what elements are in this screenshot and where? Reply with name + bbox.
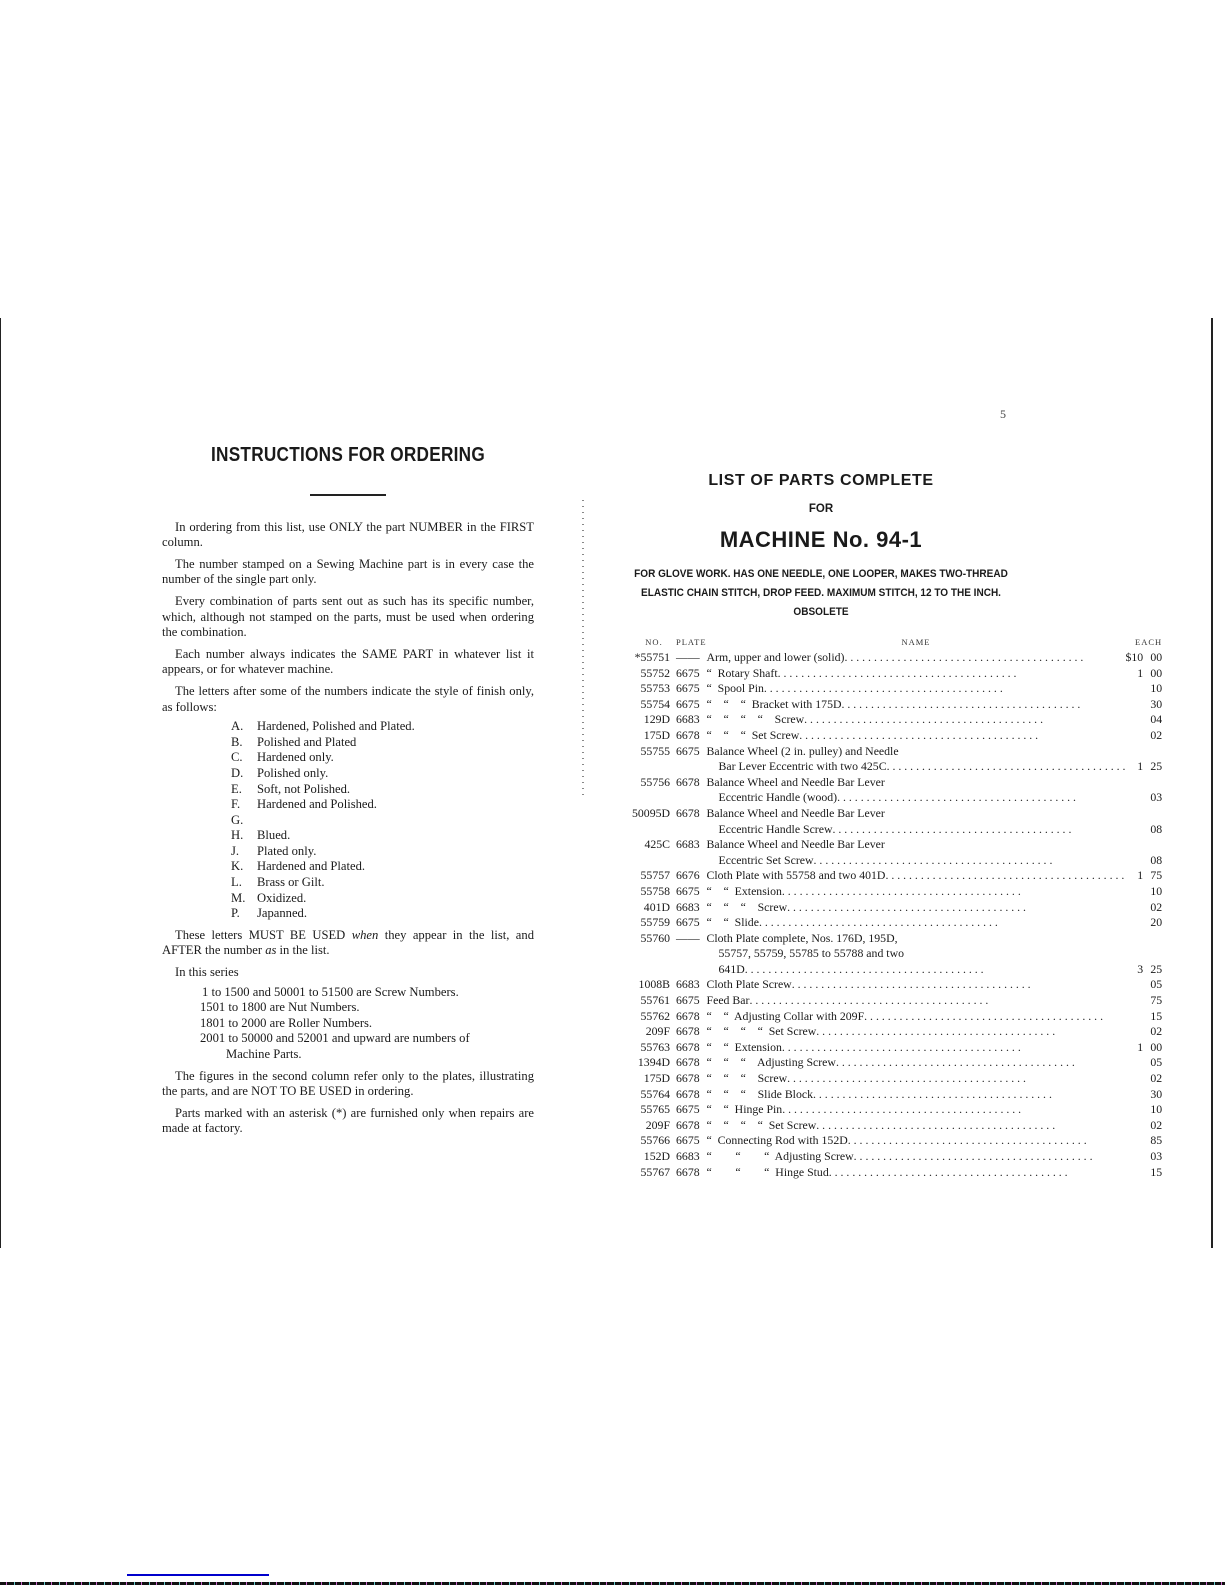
table-row: 557646678“ “ “ Slide Block30	[632, 1087, 1162, 1103]
part-name-line: “ “ “ “ Set Screw	[707, 1024, 1126, 1040]
dot-leader	[844, 650, 1125, 666]
finish-code-item: A.Hardened, Polished and Plated.	[231, 719, 534, 735]
finish-code-item: E.Soft, not Polished.	[231, 782, 534, 798]
part-price: 100	[1125, 666, 1162, 682]
part-name-line: Eccentric Handle Screw	[707, 822, 1126, 838]
machine-description: FOR GLOVE WORK. HAS ONE NEEDLE, ONE LOOP…	[632, 565, 1010, 622]
dot-leader	[885, 868, 1125, 884]
part-name-line: “ Spool Pin	[707, 681, 1126, 697]
plate-number: 6675	[676, 1102, 707, 1118]
part-name-text: “ “ “ “ Screw	[707, 712, 805, 728]
plate-number: 6678	[676, 806, 707, 837]
dot-leader	[833, 822, 1126, 838]
price-cents: 02	[1148, 900, 1162, 916]
part-name-line: “ “ “ “ Screw	[707, 712, 1126, 728]
part-price: 125	[1125, 744, 1162, 775]
dot-leader	[764, 681, 1126, 697]
part-name: “ Connecting Rod with 152D	[707, 1133, 1126, 1149]
part-name-line: “ “ “ Screw	[707, 1071, 1126, 1087]
part-name: Cloth Plate complete, Nos. 176D, 195D,55…	[707, 931, 1126, 978]
plate-number: 6683	[676, 712, 707, 728]
dot-leader	[864, 1009, 1125, 1025]
plates-note: The figures in the second column refer o…	[162, 1069, 534, 1100]
part-number: 55762	[632, 1009, 676, 1025]
part-name-text: Eccentric Handle (wood)	[719, 790, 838, 806]
part-number: 55766	[632, 1133, 676, 1149]
finish-code-item: D.Polished only.	[231, 766, 534, 782]
price-dollars: 1	[1129, 666, 1143, 682]
dot-leader	[759, 915, 1126, 931]
part-price: 05	[1125, 977, 1162, 993]
number-series-list: 1 to 1500 and 50001 to 51500 are Screw N…	[162, 985, 534, 1063]
part-name-line: “ “ “ Adjusting Screw	[707, 1149, 1126, 1165]
series-item: 1 to 1500 and 50001 to 51500 are Screw N…	[162, 985, 534, 1001]
part-price: 100	[1125, 1040, 1162, 1056]
part-name-text: 641D	[719, 962, 745, 978]
table-row: 129D6683“ “ “ “ Screw04	[632, 712, 1162, 728]
part-name: “ “ “ Screw	[707, 1071, 1126, 1087]
part-name-line: Balance Wheel (2 in. pulley) and Needle	[707, 744, 1126, 760]
price-cents: 20	[1148, 915, 1162, 931]
dot-leader	[778, 666, 1126, 682]
price-cents: 02	[1148, 728, 1162, 744]
part-price: 02	[1125, 1118, 1162, 1134]
left-page: INSTRUCTIONS FOR ORDERING In ordering fr…	[162, 448, 534, 1143]
plate-number: 6678	[676, 1165, 707, 1181]
price-cents: 10	[1148, 1102, 1162, 1118]
part-name-line: “ “ “ Hinge Stud	[707, 1165, 1126, 1181]
machine-title: MACHINE No. 94-1	[632, 527, 1010, 553]
part-name: “ “ “ Screw	[707, 900, 1126, 916]
paragraph: Each number always indicates the SAME PA…	[162, 647, 534, 678]
table-row: 55760——Cloth Plate complete, Nos. 176D, …	[632, 931, 1162, 978]
price-cents: 00	[1148, 650, 1162, 666]
part-name-text: Eccentric Set Screw	[719, 853, 814, 869]
table-row: 557676678“ “ “ Hinge Stud15	[632, 1165, 1162, 1181]
part-number: 209F	[632, 1118, 676, 1134]
part-name-text: “ “ Adjusting Collar with 209F	[707, 1009, 865, 1025]
part-number: 55756	[632, 775, 676, 806]
dot-leader	[782, 1102, 1125, 1118]
part-name: Feed Bar	[707, 993, 1126, 1009]
series-item: 1801 to 2000 are Roller Numbers.	[162, 1016, 534, 1032]
table-row: 557616675Feed Bar75	[632, 993, 1162, 1009]
part-number: 55754	[632, 697, 676, 713]
part-name-text: “ “ “ “ Set Screw	[707, 1024, 817, 1040]
price-cents: 10	[1148, 884, 1162, 900]
part-price: 10	[1125, 681, 1162, 697]
price-cents: 00	[1148, 1040, 1162, 1056]
table-row: 557586675“ “ Extension10	[632, 884, 1162, 900]
title-rule	[310, 494, 386, 496]
part-name-line: “ “ Slide	[707, 915, 1126, 931]
finish-code-item: P.Japanned.	[231, 906, 534, 922]
plate-number: 6675	[676, 697, 707, 713]
price-cents: 00	[1148, 666, 1162, 682]
price-cents: 02	[1148, 1118, 1162, 1134]
price-cents: 15	[1148, 1165, 1162, 1181]
plate-number: 6678	[676, 1087, 707, 1103]
dot-leader	[836, 1055, 1126, 1071]
part-name-line: Cloth Plate Screw	[707, 977, 1126, 993]
table-row: 557546675“ “ “ Bracket with 175D30	[632, 697, 1162, 713]
finish-code-letter: M.	[231, 891, 257, 907]
parts-table: NO. PLATE NAME EACH *55751——Arm, upper a…	[632, 637, 1162, 1180]
part-price: 30	[1125, 697, 1162, 713]
part-name-text: “ “ Extension	[707, 884, 782, 900]
part-price: 175	[1125, 868, 1162, 884]
finish-code-letter: B.	[231, 735, 257, 751]
table-row: *55751——Arm, upper and lower (solid)$100…	[632, 650, 1162, 666]
table-row: 50095D6678Balance Wheel and Needle Bar L…	[632, 806, 1162, 837]
dot-leader	[814, 853, 1126, 869]
part-price: 04	[1125, 712, 1162, 728]
price-dollars: 3	[1129, 962, 1143, 978]
part-number: 55757	[632, 868, 676, 884]
dot-leader	[792, 977, 1126, 993]
part-price: 08	[1125, 837, 1162, 868]
plate-number: 6678	[676, 1055, 707, 1071]
part-price: 02	[1125, 900, 1162, 916]
part-name-line: Feed Bar	[707, 993, 1126, 1009]
table-row: 557526675“ Rotary Shaft100	[632, 666, 1162, 682]
finish-code-item: L.Brass or Gilt.	[231, 875, 534, 891]
part-price: 08	[1125, 806, 1162, 837]
plate-number: ——	[676, 650, 707, 666]
finish-code-item: G.	[231, 813, 534, 829]
plate-number: ——	[676, 931, 707, 978]
part-price: 15	[1125, 1009, 1162, 1025]
part-name-line: Balance Wheel and Needle Bar Lever	[707, 806, 1126, 822]
part-number: 55765	[632, 1102, 676, 1118]
series-item: Machine Parts.	[162, 1047, 534, 1063]
part-name-line: Balance Wheel and Needle Bar Lever	[707, 837, 1126, 853]
dot-leader	[837, 790, 1125, 806]
plate-number: 6678	[676, 1040, 707, 1056]
right-page: LIST OF PARTS COMPLETE FOR MACHINE No. 9…	[632, 472, 1010, 1180]
part-name-text: Balance Wheel (2 in. pulley) and Needle	[707, 744, 899, 760]
table-row: 557596675“ “ Slide20	[632, 915, 1162, 931]
table-row: 557626678“ “ Adjusting Collar with 209F1…	[632, 1009, 1162, 1025]
table-row: 557556675Balance Wheel (2 in. pulley) an…	[632, 744, 1162, 775]
finish-code-item: B.Polished and Plated	[231, 735, 534, 751]
part-price: $1000	[1125, 650, 1162, 666]
part-name: “ “ “ “ Set Screw	[707, 1024, 1126, 1040]
paragraph: The number stamped on a Sewing Machine p…	[162, 557, 534, 588]
part-name-line: Eccentric Set Screw	[707, 853, 1126, 869]
part-number: 209F	[632, 1024, 676, 1040]
series-label: In this series	[175, 965, 534, 981]
part-price: 15	[1125, 1165, 1162, 1181]
price-cents: 03	[1148, 790, 1162, 806]
part-name-text: “ “ Slide	[707, 915, 759, 931]
part-name-line: “ “ “ Slide Block	[707, 1087, 1126, 1103]
table-row: 557656675“ “ Hinge Pin10	[632, 1102, 1162, 1118]
part-number: 55753	[632, 681, 676, 697]
dot-leader	[745, 962, 1126, 978]
part-number: 55767	[632, 1165, 676, 1181]
part-number: 55758	[632, 884, 676, 900]
part-name-text: “ “ Hinge Pin	[707, 1102, 783, 1118]
page-gutter	[582, 500, 584, 800]
finish-code-meaning: Hardened, Polished and Plated.	[257, 719, 415, 735]
plate-number: 6678	[676, 728, 707, 744]
part-name: Balance Wheel and Needle Bar LeverEccent…	[707, 775, 1126, 806]
finish-code-meaning: Soft, not Polished.	[257, 782, 350, 798]
series-item: 2001 to 50000 and 52001 and upward are n…	[162, 1031, 534, 1047]
part-name-text: “ “ “ Screw	[707, 900, 788, 916]
plate-number: 6683	[676, 900, 707, 916]
part-name: “ “ Hinge Pin	[707, 1102, 1126, 1118]
finish-code-letter: L.	[231, 875, 257, 891]
part-number: 55763	[632, 1040, 676, 1056]
letters-note: These letters MUST BE USED when they app…	[162, 928, 534, 959]
table-row: 557576676Cloth Plate with 55758 and two …	[632, 868, 1162, 884]
price-cents: 02	[1148, 1024, 1162, 1040]
finish-code-letter: E.	[231, 782, 257, 798]
paragraph: In ordering from this list, use ONLY the…	[162, 520, 534, 551]
part-name-text: “ Rotary Shaft	[707, 666, 778, 682]
finish-code-item: C.Hardened only.	[231, 750, 534, 766]
price-dollars: 1	[1129, 759, 1143, 775]
part-name-text: “ “ “ Slide Block	[707, 1087, 813, 1103]
price-dollars: 1	[1129, 868, 1143, 884]
price-dollars: $10	[1125, 650, 1143, 666]
plate-number: 6675	[676, 1133, 707, 1149]
plate-number: 6675	[676, 993, 707, 1009]
price-cents: 15	[1148, 1009, 1162, 1025]
part-name-line: “ “ “ Adjusting Screw	[707, 1055, 1126, 1071]
column-header-each: EACH	[1125, 637, 1162, 650]
part-name-line: “ “ “ Set Screw	[707, 728, 1126, 744]
table-row: 209F6678“ “ “ “ Set Screw02	[632, 1024, 1162, 1040]
finish-code-letter: H.	[231, 828, 257, 844]
part-price: 02	[1125, 728, 1162, 744]
part-number: 401D	[632, 900, 676, 916]
dot-leader	[749, 993, 1125, 1009]
part-name-line: Eccentric Handle (wood)	[707, 790, 1126, 806]
part-name-line: Balance Wheel and Needle Bar Lever	[707, 775, 1126, 791]
price-cents: 05	[1148, 977, 1162, 993]
plate-number: 6678	[676, 775, 707, 806]
finish-code-letter: A.	[231, 719, 257, 735]
dot-leader	[799, 728, 1125, 744]
part-name-line: 55757, 55759, 55785 to 55788 and two	[707, 946, 1126, 962]
finish-code-meaning: Hardened and Plated.	[257, 859, 365, 875]
part-name-line: Cloth Plate complete, Nos. 176D, 195D,	[707, 931, 1126, 947]
part-name-line: “ Rotary Shaft	[707, 666, 1126, 682]
table-row: 175D6678“ “ “ Screw02	[632, 1071, 1162, 1087]
part-name-text: Feed Bar	[707, 993, 750, 1009]
finish-code-letter: P.	[231, 906, 257, 922]
part-price: 10	[1125, 1102, 1162, 1118]
finish-code-letter: F.	[231, 797, 257, 813]
part-price: 03	[1125, 775, 1162, 806]
price-cents: 08	[1148, 822, 1162, 838]
part-name-text: Balance Wheel and Needle Bar Lever	[707, 837, 885, 853]
part-name: “ “ “ Set Screw	[707, 728, 1126, 744]
price-cents: 25	[1148, 759, 1162, 775]
column-header-name: NAME	[707, 637, 1126, 650]
table-row: 557666675“ Connecting Rod with 152D85	[632, 1133, 1162, 1149]
scan-edge-left	[0, 318, 1, 1248]
parts-table-header: NO. PLATE NAME EACH	[632, 637, 1162, 650]
dot-leader	[787, 1071, 1125, 1087]
finish-code-meaning: Polished only.	[257, 766, 328, 782]
price-cents: 05	[1148, 1055, 1162, 1071]
part-name-text: Bar Lever Eccentric with two 425C	[719, 759, 887, 775]
part-price: 75	[1125, 993, 1162, 1009]
table-row: 425C6683Balance Wheel and Needle Bar Lev…	[632, 837, 1162, 868]
price-cents: 08	[1148, 853, 1162, 869]
price-cents: 85	[1148, 1133, 1162, 1149]
price-cents: 03	[1148, 1149, 1162, 1165]
part-name-text: Cloth Plate Screw	[707, 977, 792, 993]
part-name: Cloth Plate with 55758 and two 401D	[707, 868, 1126, 884]
part-name-line: “ “ “ “ Set Screw	[707, 1118, 1126, 1134]
part-number: 1394D	[632, 1055, 676, 1071]
table-row: 1008B6683Cloth Plate Screw05	[632, 977, 1162, 993]
series-item: 1501 to 1800 are Nut Numbers.	[162, 1000, 534, 1016]
part-number: 129D	[632, 712, 676, 728]
dot-leader	[787, 900, 1125, 916]
part-number: 55752	[632, 666, 676, 682]
part-name-line: “ “ Extension	[707, 884, 1126, 900]
scan-edge-right	[1211, 318, 1213, 1248]
part-name: “ “ “ Adjusting Screw	[707, 1055, 1126, 1071]
part-name-text: “ “ “ Bracket with 175D	[707, 697, 842, 713]
part-name-text: Balance Wheel and Needle Bar Lever	[707, 806, 885, 822]
part-name: “ “ Adjusting Collar with 209F	[707, 1009, 1126, 1025]
part-name: Balance Wheel and Needle Bar LeverEccent…	[707, 837, 1126, 868]
asterisk-note: Parts marked with an asterisk (*) are fu…	[162, 1106, 534, 1137]
part-name-line: Bar Lever Eccentric with two 425C	[707, 759, 1126, 775]
part-name-text: “ “ Extension	[707, 1040, 782, 1056]
dot-leader	[816, 1024, 1125, 1040]
part-name: “ Spool Pin	[707, 681, 1126, 697]
part-name: “ “ “ “ Set Screw	[707, 1118, 1126, 1134]
part-price: 20	[1125, 915, 1162, 931]
paragraph: Every combination of parts sent out as s…	[162, 594, 534, 641]
part-number: 175D	[632, 1071, 676, 1087]
part-name-text: “ Spool Pin	[707, 681, 764, 697]
part-name-line: “ “ “ Bracket with 175D	[707, 697, 1126, 713]
part-name-line: Cloth Plate with 55758 and two 401D	[707, 868, 1126, 884]
part-name: “ “ “ Adjusting Screw	[707, 1149, 1126, 1165]
finish-code-meaning: Plated only.	[257, 844, 316, 860]
plate-number: 6676	[676, 868, 707, 884]
dot-leader	[782, 884, 1126, 900]
plate-number: 6678	[676, 1009, 707, 1025]
table-row: 401D6683“ “ “ Screw02	[632, 900, 1162, 916]
part-number: 55760	[632, 931, 676, 978]
finish-code-letter: G.	[231, 813, 257, 829]
finish-code-meaning: Polished and Plated	[257, 735, 356, 751]
dot-leader	[813, 1087, 1125, 1103]
part-number: 152D	[632, 1149, 676, 1165]
table-row: 557536675“ Spool Pin10	[632, 681, 1162, 697]
price-cents: 75	[1148, 993, 1162, 1009]
dot-leader	[887, 759, 1126, 775]
part-name-text: Cloth Plate with 55758 and two 401D	[707, 868, 886, 884]
part-number: 55764	[632, 1087, 676, 1103]
link-underline	[127, 1574, 269, 1576]
paragraph: The letters after some of the numbers in…	[162, 684, 534, 715]
plate-number: 6678	[676, 1024, 707, 1040]
page-number: 5	[1000, 407, 1006, 422]
plate-number: 6675	[676, 744, 707, 775]
part-name: Balance Wheel (2 in. pulley) and NeedleB…	[707, 744, 1126, 775]
finish-code-meaning: Blued.	[257, 828, 290, 844]
part-name-line: Arm, upper and lower (solid)	[707, 650, 1126, 666]
part-price: 85	[1125, 1133, 1162, 1149]
part-name: Arm, upper and lower (solid)	[707, 650, 1126, 666]
part-number: 55755	[632, 744, 676, 775]
part-name-line: “ “ Adjusting Collar with 209F	[707, 1009, 1126, 1025]
finish-code-letter: C.	[231, 750, 257, 766]
finish-code-item: H.Blued.	[231, 828, 534, 844]
part-number: 55759	[632, 915, 676, 931]
finish-code-letter: D.	[231, 766, 257, 782]
part-name-line: “ Connecting Rod with 152D	[707, 1133, 1126, 1149]
plate-number: 6675	[676, 884, 707, 900]
dot-leader	[841, 697, 1125, 713]
table-row: 175D6678“ “ “ Set Screw02	[632, 728, 1162, 744]
part-name: “ “ Extension	[707, 884, 1126, 900]
plate-number: 6683	[676, 977, 707, 993]
part-number: 1008B	[632, 977, 676, 993]
part-name: “ “ “ Bracket with 175D	[707, 697, 1126, 713]
plate-number: 6678	[676, 1118, 707, 1134]
part-price: 02	[1125, 1071, 1162, 1087]
part-name: “ “ “ Slide Block	[707, 1087, 1126, 1103]
plate-number: 6683	[676, 837, 707, 868]
finish-code-item: K.Hardened and Plated.	[231, 859, 534, 875]
part-name: “ “ Slide	[707, 915, 1126, 931]
part-name-line: 641D	[707, 962, 1126, 978]
price-cents: 25	[1148, 962, 1162, 978]
column-header-plate: PLATE	[676, 637, 707, 650]
finish-code-meaning: Hardened only.	[257, 750, 334, 766]
table-row: 557566678Balance Wheel and Needle Bar Le…	[632, 775, 1162, 806]
finish-code-list: A.Hardened, Polished and Plated.B.Polish…	[231, 719, 534, 922]
part-name: “ “ “ Hinge Stud	[707, 1165, 1126, 1181]
price-cents: 75	[1148, 868, 1162, 884]
price-dollars: 1	[1129, 1040, 1143, 1056]
plate-number: 6675	[676, 681, 707, 697]
finish-code-item: J.Plated only.	[231, 844, 534, 860]
part-price: 05	[1125, 1055, 1162, 1071]
part-name: Balance Wheel and Needle Bar LeverEccent…	[707, 806, 1126, 837]
part-name-text: Balance Wheel and Needle Bar Lever	[707, 775, 885, 791]
dot-leader	[854, 1149, 1126, 1165]
plate-number: 6675	[676, 666, 707, 682]
part-name-text: “ “ “ Screw	[707, 1071, 788, 1087]
part-name-text: Arm, upper and lower (solid)	[707, 650, 845, 666]
price-cents: 10	[1148, 681, 1162, 697]
part-name: “ Rotary Shaft	[707, 666, 1126, 682]
part-name-text: “ “ “ Adjusting Screw	[707, 1055, 836, 1071]
part-name: “ “ “ “ Screw	[707, 712, 1126, 728]
finish-code-meaning: Japanned.	[257, 906, 307, 922]
part-name-line: “ “ Extension	[707, 1040, 1126, 1056]
dot-leader	[804, 712, 1125, 728]
table-row: 557636678“ “ Extension100	[632, 1040, 1162, 1056]
dot-leader	[816, 1118, 1125, 1134]
page-title: INSTRUCTIONS FOR ORDERING	[188, 448, 508, 464]
part-name-text: Eccentric Handle Screw	[719, 822, 833, 838]
part-price: 30	[1125, 1087, 1162, 1103]
